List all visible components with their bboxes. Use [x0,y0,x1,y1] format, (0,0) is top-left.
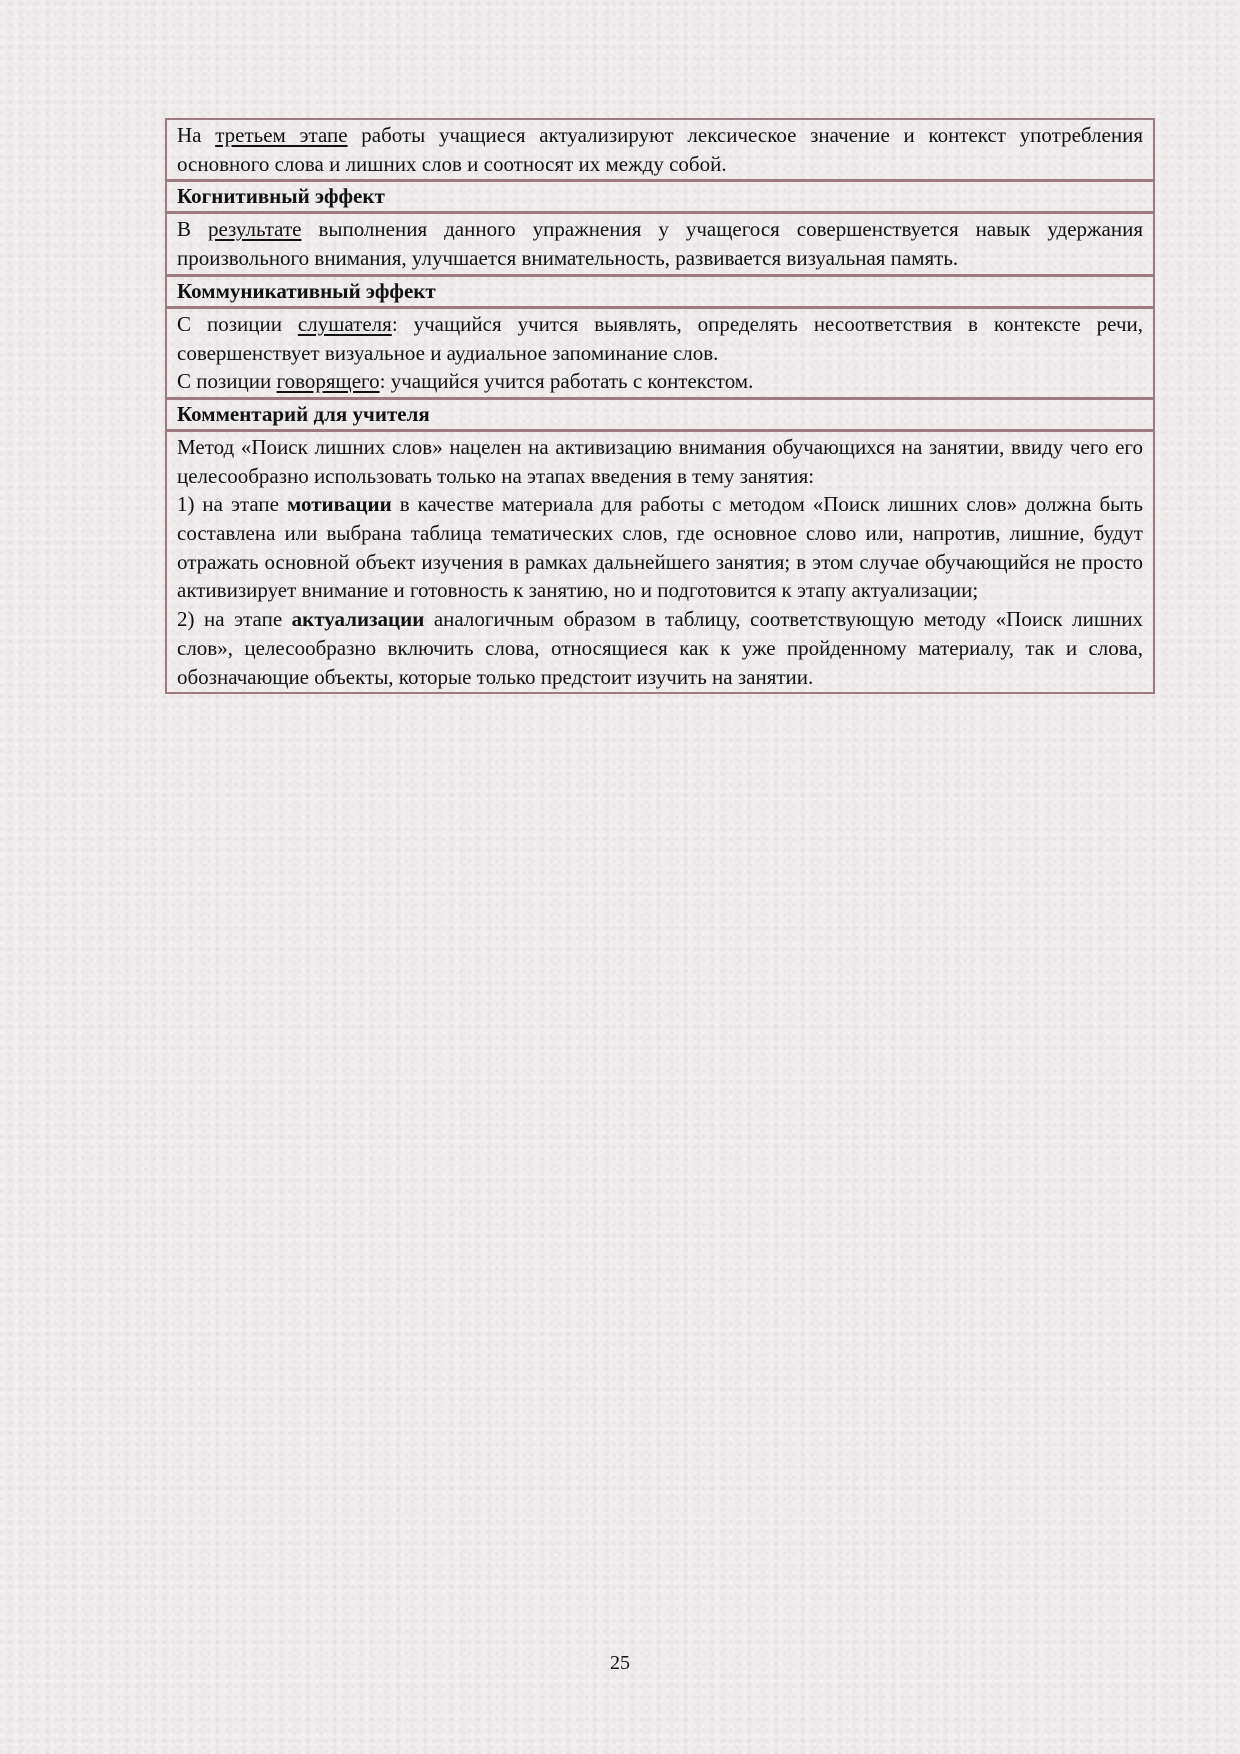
stage3-row: На третьем этапе работы учащиеся актуали… [167,120,1153,182]
cognitive-effect-paragraph: В результате выполнения данного упражнен… [177,215,1143,272]
actualization-term: актуализации [292,607,425,631]
listener-paragraph: С позиции слушателя: учащийся учится выя… [177,310,1143,367]
teacher-comment-intro: Метод «Поиск лишних слов» нацелен на акт… [177,433,1143,490]
listener-underlined-term: слушателя [298,312,392,336]
cognitive-underlined-term: результате [208,217,301,241]
communicative-effect-heading: Коммуникативный эффект [167,277,1153,309]
speaker-underlined-term: говорящего [277,369,380,393]
stage3-paragraph: На третьем этапе работы учащиеся актуали… [177,121,1143,178]
stage3-underlined-term: третьем этапе [215,123,347,147]
method-description-table: На третьем этапе работы учащиеся актуали… [165,118,1155,694]
page-number: 25 [0,1652,1240,1675]
cognitive-effect-row: В результате выполнения данного упражнен… [167,214,1153,276]
teacher-comment-item-2: 2) на этапе актуализации аналогичным обр… [177,605,1143,691]
teacher-comment-heading: Комментарий для учителя [167,400,1153,432]
cognitive-effect-heading: Когнитивный эффект [167,182,1153,214]
communicative-effect-row: С позиции слушателя: учащийся учится выя… [167,309,1153,400]
teacher-comment-item-1: 1) на этапе мотивации в качестве материа… [177,490,1143,605]
speaker-paragraph: С позиции говорящего: учащийся учится ра… [177,367,1143,396]
motivation-term: мотивации [287,492,392,516]
teacher-comment-row: Метод «Поиск лишних слов» нацелен на акт… [167,432,1153,692]
